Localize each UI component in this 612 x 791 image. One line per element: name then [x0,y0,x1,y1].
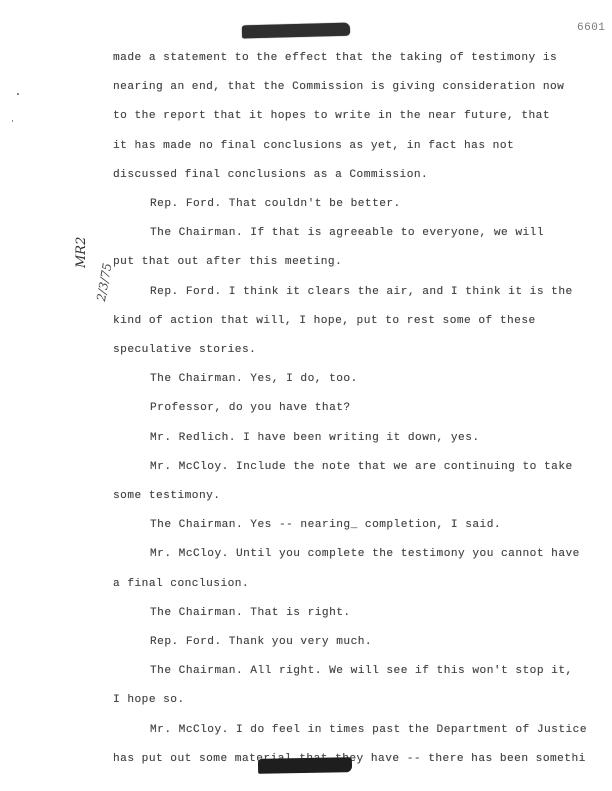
transcript-line: speculative stories. [113,344,256,356]
document-page: 6601 MR2 2/3/75 made a statement to the … [0,0,612,791]
transcript-line: The Chairman. Yes -- nearing_ completion… [150,519,501,531]
transcript-line: The Chairman. Yes, I do, too. [150,373,358,385]
transcript-line: The Chairman. That is right. [150,607,351,619]
transcript-line: Mr. McCloy. Until you complete the testi… [150,548,580,560]
transcript-line: kind of action that will, I hope, put to… [113,315,536,327]
redaction-bar-top [242,23,350,39]
transcript-line: Mr. Redlich. I have been writing it down… [150,432,480,444]
transcript-line: a final conclusion. [113,578,249,590]
transcript-line: some testimony. [113,490,220,502]
page-number: 6601 [577,22,605,34]
transcript-line: The Chairman. All right. We will see if … [150,665,573,677]
transcript-line: Rep. Ford. That couldn't be better. [150,198,401,210]
transcript-line: to the report that it hopes to write in … [113,110,550,122]
transcript-line: put that out after this meeting. [113,256,342,268]
redaction-bar-bottom [258,757,352,774]
transcript-line: it has made no final conclusions as yet,… [113,140,514,152]
transcript-line: Mr. McCloy. Include the note that we are… [150,461,573,473]
transcript-line: Professor, do you have that? [150,402,351,414]
transcript-line: I hope so. [113,694,185,706]
handwritten-date: 2/3/75 [94,262,114,302]
transcript-line: The Chairman. If that is agreeable to ev… [150,227,544,239]
transcript-line: Rep. Ford. I think it clears the air, an… [150,286,573,298]
handwritten-initials: MR2 [74,237,89,268]
transcript-line: discussed final conclusions as a Commiss… [113,169,428,181]
transcript-line: Rep. Ford. Thank you very much. [150,636,372,648]
transcript-line: Mr. McCloy. I do feel in times past the … [150,724,587,736]
transcript-line: nearing an end, that the Commission is g… [113,81,564,93]
scan-speck [12,120,13,122]
scan-speck [17,93,19,95]
transcript-line: made a statement to the effect that the … [113,52,557,64]
